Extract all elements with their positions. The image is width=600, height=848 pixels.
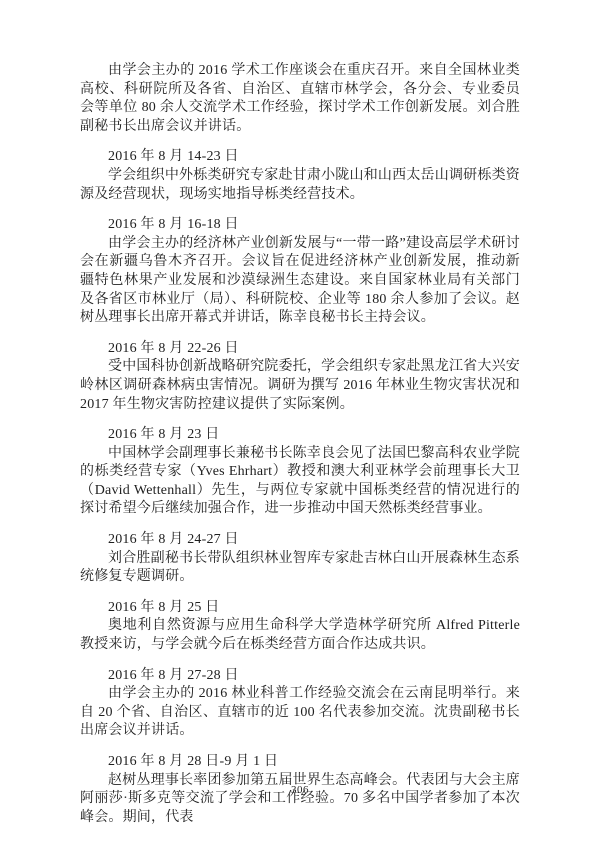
entry-text: 由学会主办的 2016 林业科普工作经验交流会在云南昆明举行。来自 20 个省、…	[80, 685, 520, 741]
entry-2016-08-25: 2016 年 8 月 25 日 奥地利自然资源与应用生命科学大学造林学研究所 A…	[80, 599, 520, 655]
entry-text: 奥地利自然资源与应用生命科学大学造林学研究所 Alfred Pitterle 教…	[80, 617, 520, 654]
entry-2016-08-16-18: 2016 年 8 月 16-18 日 由学会主办的经济林产业创新发展与“一带一路…	[80, 216, 520, 328]
entry-date: 2016 年 8 月 25 日	[80, 599, 520, 618]
entry-2016-08-24-27: 2016 年 8 月 24-27 日 刘合胜副秘书长带队组织林业智库专家赴吉林白…	[80, 531, 520, 587]
entry-date: 2016 年 8 月 27-28 日	[80, 667, 520, 686]
entry-2016-08-27-28: 2016 年 8 月 27-28 日 由学会主办的 2016 林业科普工作经验交…	[80, 667, 520, 741]
entry-text: 中国林学会副理事长兼秘书长陈幸良会见了法国巴黎高科农业学院的栎类经营专家（Yve…	[80, 445, 520, 519]
entry-text: 刘合胜副秘书长带队组织林业智库专家赴吉林白山开展森林生态系统修复专题调研。	[80, 550, 520, 587]
document-page: 由学会主办的 2016 学术工作座谈会在重庆召开。来自全国林业类高校、科研院所及…	[0, 0, 600, 848]
entry-2016-08-23: 2016 年 8 月 23 日 中国林学会副理事长兼秘书长陈幸良会见了法国巴黎高…	[80, 426, 520, 519]
entry-date: 2016 年 8 月 22-26 日	[80, 340, 520, 359]
entry-2016-08-22-26: 2016 年 8 月 22-26 日 受中国科协创新战略研究院委托，学会组织专家…	[80, 340, 520, 414]
entry-2016-08-14-23: 2016 年 8 月 14-23 日 学会组织中外栎类研究专家赴甘肃小陇山和山西…	[80, 148, 520, 204]
intro-paragraph: 由学会主办的 2016 学术工作座谈会在重庆召开。来自全国林业类高校、科研院所及…	[80, 62, 520, 136]
entry-text: 受中国科协创新战略研究院委托，学会组织专家赴黑龙江省大兴安岭林区调研森林病虫害情…	[80, 358, 520, 414]
entry-text: 学会组织中外栎类研究专家赴甘肃小陇山和山西太岳山调研栎类资源及经营现状，现场实地…	[80, 167, 520, 204]
entry-date: 2016 年 8 月 16-18 日	[80, 216, 520, 235]
entry-date: 2016 年 8 月 28 日-9 月 1 日	[80, 753, 520, 772]
entry-date: 2016 年 8 月 14-23 日	[80, 148, 520, 167]
entry-text: 赵树丛理事长率团参加第五届世界生态高峰会。代表团与大会主席阿丽莎·斯多克等交流了…	[80, 772, 520, 828]
entry-text: 由学会主办的经济林产业创新发展与“一带一路”建设高层学术研讨会在新疆乌鲁木齐召开…	[80, 235, 520, 328]
entry-date: 2016 年 8 月 24-27 日	[80, 531, 520, 550]
page-number: 306	[0, 783, 600, 797]
entry-date: 2016 年 8 月 23 日	[80, 426, 520, 445]
